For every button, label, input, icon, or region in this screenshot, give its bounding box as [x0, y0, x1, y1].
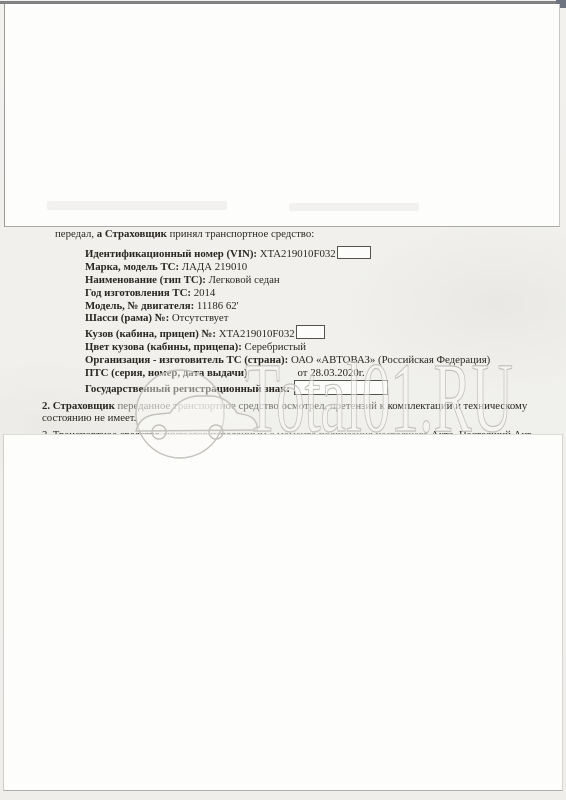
blank-box — [294, 380, 388, 395]
blank-box — [337, 246, 371, 259]
vehicle-spec-list: Идентификационный номер (VIN): XTA219010… — [85, 246, 566, 396]
spec-row-color: Цвет кузова (кабины, прицепа): Серебрист… — [85, 341, 566, 354]
spec-row-pts: ПТС (серия, номер, дата выдачи)от 28.03.… — [85, 367, 566, 380]
document-text-block: передал, а Страховщик принял транспортно… — [0, 228, 566, 454]
spec-row-engine: Модель, № двигателя: 11186 62' — [85, 300, 566, 313]
bleed-through-smudge — [47, 201, 227, 210]
spec-row-type: Наименование (тип ТС): Легковой седан — [85, 274, 566, 287]
bottom-redaction-box — [3, 434, 563, 791]
intro-line: передал, а Страховщик принял транспортно… — [55, 228, 566, 241]
intro-post: принял транспортное средство: — [167, 228, 314, 240]
paragraph-2: 2. Страховщик переданное транспортное ср… — [42, 400, 541, 425]
spec-row-chassis: Шасси (рама) №: Отсутствует — [85, 312, 566, 325]
spec-row-year: Год изготовления ТС: 2014 — [85, 287, 566, 300]
blank-box — [296, 325, 325, 339]
spec-row-vin: Идентификационный номер (VIN): XTA219010… — [85, 246, 566, 261]
bleed-through-smudge — [289, 203, 419, 211]
spec-row-bodyno: Кузов (кабина, прицеп) №: XTA219010F032 — [85, 325, 566, 341]
spec-row-make: Марка, модель ТС: ЛАДА 219010 — [85, 261, 566, 274]
spec-row-plate: Государственный регистрационный знак: — [85, 380, 566, 396]
intro-pre: передал, — [55, 228, 97, 240]
top-redaction-box — [4, 4, 560, 227]
scanned-document-page: передал, а Страховщик принял транспортно… — [0, 0, 566, 800]
spec-row-manufacturer: Организация - изготовитель ТС (страна): … — [85, 354, 566, 367]
intro-bold: а Страховщик — [97, 228, 167, 240]
